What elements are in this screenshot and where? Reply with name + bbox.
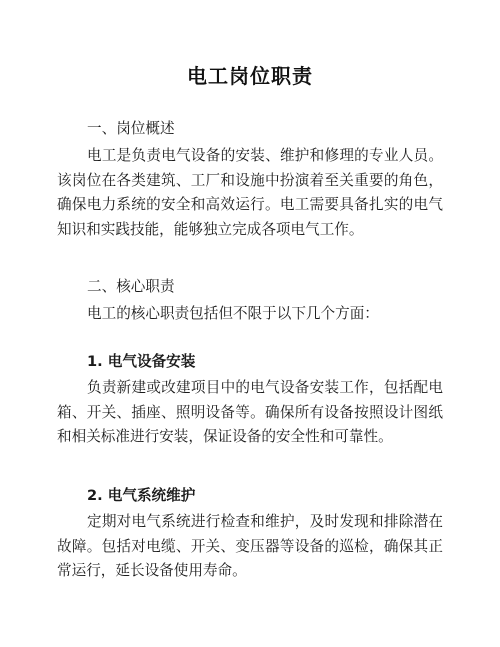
item-heading-maintenance: 2. 电气系统维护 — [87, 484, 195, 508]
document-page: 电工岗位职责 一、岗位概述 电工是负责电气设备的安装、维护和修理的专业人员。该岗… — [0, 0, 500, 647]
section-heading-overview: 一、岗位概述 — [87, 117, 175, 141]
item-heading-installation: 1. 电气设备安装 — [87, 350, 195, 374]
section-heading-core-duties: 二、核心职责 — [87, 275, 175, 299]
item-maintenance-body: 定期对电气系统进行检查和维护，及时发现和排除潜在故障。包括对电缆、开关、变压器等… — [57, 510, 443, 584]
maintenance-paragraph: 定期对电气系统进行检查和维护，及时发现和排除潜在故障。包括对电缆、开关、变压器等… — [57, 510, 443, 584]
section-core-duties-intro: 电工的核心职责包括但不限于以下几个方面： — [57, 302, 443, 327]
core-duties-intro-paragraph: 电工的核心职责包括但不限于以下几个方面： — [57, 302, 443, 327]
installation-paragraph: 负责新建或改建项目中的电气设备安装工作，包括配电箱、开关、插座、照明设备等。确保… — [57, 376, 443, 450]
overview-paragraph: 电工是负责电气设备的安装、维护和修理的专业人员。该岗位在各类建筑、工厂和设施中扮… — [57, 144, 443, 242]
item-installation-body: 负责新建或改建项目中的电气设备安装工作，包括配电箱、开关、插座、照明设备等。确保… — [57, 376, 443, 450]
section-overview-body: 电工是负责电气设备的安装、维护和修理的专业人员。该岗位在各类建筑、工厂和设施中扮… — [57, 144, 443, 242]
document-title: 电工岗位职责 — [0, 60, 500, 89]
